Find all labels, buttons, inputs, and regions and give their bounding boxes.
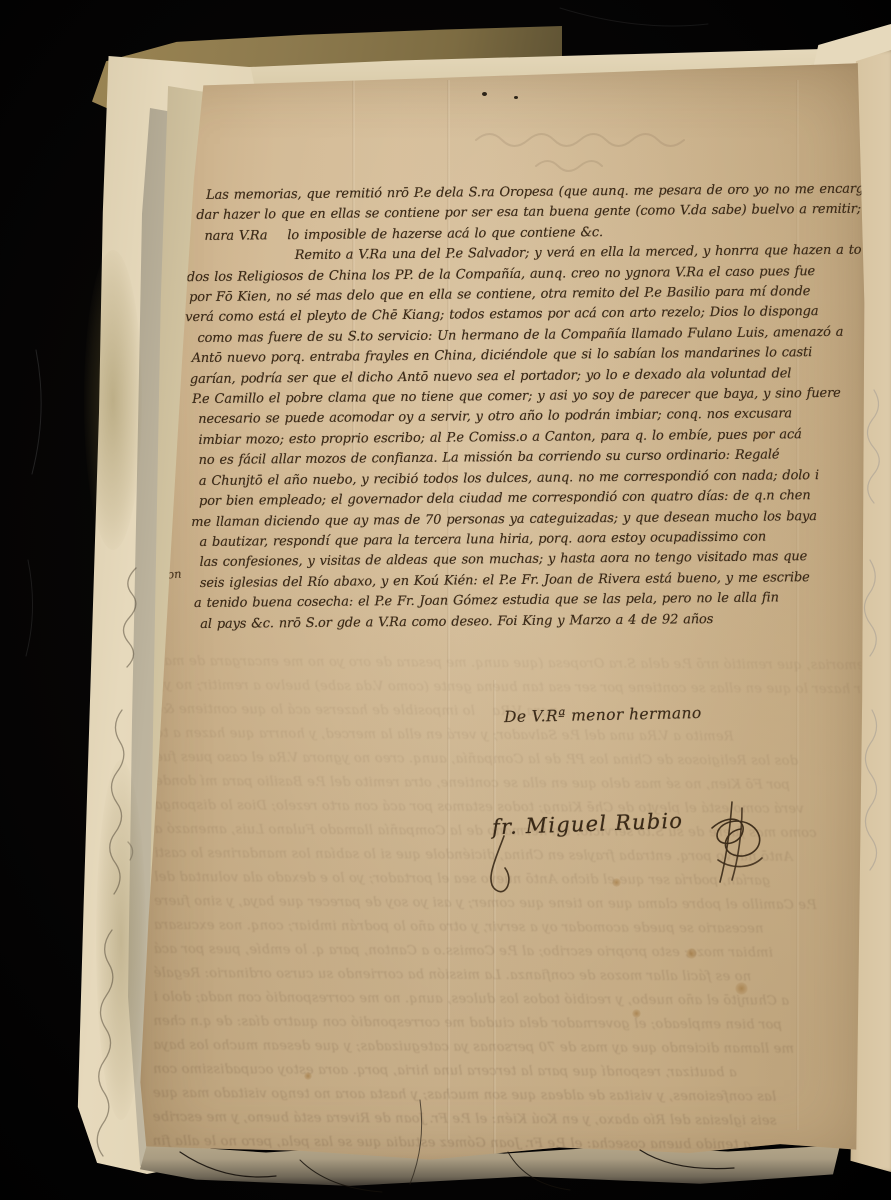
manuscript-scan: Las memorias, que remitió nrō P.e dela S… [0,0,891,1200]
dust-fibers [0,0,891,1200]
